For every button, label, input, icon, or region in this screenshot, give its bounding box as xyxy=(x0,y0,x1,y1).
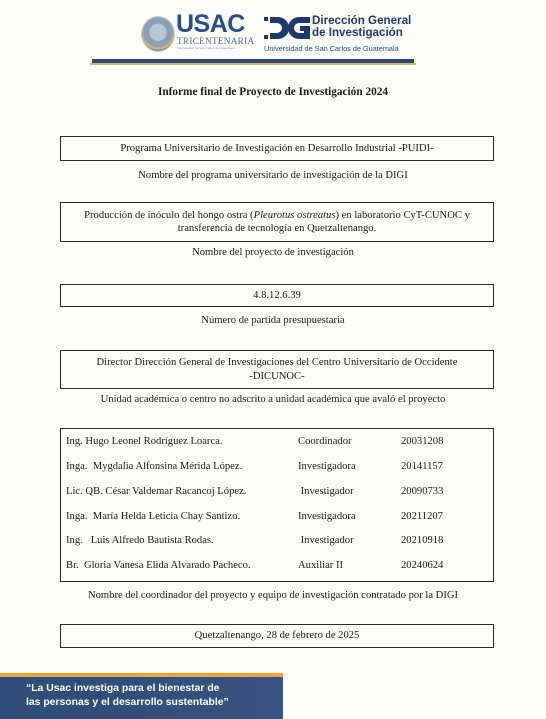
team-member-name: Ing. Hugo Leonel Rodríguez Loarca. xyxy=(66,435,223,449)
team-member-role: Investigadora xyxy=(298,460,356,474)
team-member-code: 20240624 xyxy=(401,559,443,573)
project-value-line2: transferencia de tecnología en Quetzalte… xyxy=(178,222,377,236)
budget-value: 4.8.12.6.39 xyxy=(253,289,301,303)
place-date-field: Quetzaltenango, 28 de febrero de 2025 xyxy=(60,624,494,648)
team-member-code: 20090733 xyxy=(401,485,443,499)
team-member-name: Br. Gloria Vanesa Elida Alvarado Pacheco… xyxy=(66,559,251,573)
team-table: Ing. Hugo Leonel Rodríguez Loarca.Coordi… xyxy=(60,428,494,582)
usac-tagline: Universidad de San Carlos de Guatemala xyxy=(177,47,235,51)
budget-caption: Número de partida presupuestaria xyxy=(0,314,546,327)
document-title: Informe final de Proyecto de Investigaci… xyxy=(0,86,546,98)
team-member-role: Coordinador xyxy=(298,435,352,449)
header-divider-accent xyxy=(90,63,416,65)
team-member-name: Ing. Luis Alfredo Bautista Rodas. xyxy=(66,534,214,548)
unit-value-line2: -DICUNOC- xyxy=(249,370,304,384)
project-value-line1: Producción de inóculo del hongo ostra (P… xyxy=(84,209,470,223)
unit-caption: Unidad académica o centro no adscrito a … xyxy=(0,393,546,406)
digi-title-line1: Dirección General xyxy=(312,15,411,27)
team-member-role: Investigador xyxy=(298,485,354,499)
team-row: Ing. Hugo Leonel Rodríguez Loarca.Coordi… xyxy=(61,435,493,449)
team-row: Inga. María Helda Leticia Chay Santizo.I… xyxy=(61,510,493,524)
team-member-code: 20211207 xyxy=(401,510,443,524)
team-row: Br. Gloria Vanesa Elida Alvarado Pacheco… xyxy=(61,559,493,573)
unit-value-line1: Director Dirección General de Investigac… xyxy=(97,356,458,370)
team-member-code: 20210918 xyxy=(401,534,443,548)
footer-quote-line1: “La Usac investiga para el bienestar de xyxy=(26,682,276,696)
unit-field: Director Dirección General de Investigac… xyxy=(60,350,494,389)
program-value: Programa Universitario de Investigación … xyxy=(120,142,433,156)
team-member-role: Investigadora xyxy=(298,510,356,524)
team-member-role: Investigador xyxy=(298,534,354,548)
team-row: Inga. Mygdalia Alfonsina Mérida López.In… xyxy=(61,460,493,474)
project-caption: Nombre del proyecto de investigación xyxy=(0,246,546,259)
team-member-name: Inga. María Helda Leticia Chay Santizo. xyxy=(66,510,240,524)
team-member-name: Lic. QB. César Valdemar Racancoj López. xyxy=(66,485,246,499)
team-caption: Nombre del coordinador del proyecto y eq… xyxy=(0,589,546,602)
digi-title-line2: de Investigación xyxy=(312,27,403,39)
team-member-code: 20141157 xyxy=(401,460,443,474)
team-row: Lic. QB. César Valdemar Racancoj López. … xyxy=(61,485,493,499)
usac-wordmark: USAC xyxy=(176,12,245,37)
program-caption: Nombre del programa universitario de inv… xyxy=(0,169,546,182)
team-member-code: 20031208 xyxy=(401,435,443,449)
place-date-value: Quetzaltenango, 28 de febrero de 2025 xyxy=(195,629,360,643)
footer-quote-line2: las personas y el desarrollo sustentable… xyxy=(26,696,276,710)
team-member-name: Inga. Mygdalia Alfonsina Mérida López. xyxy=(66,460,242,474)
usac-seal-icon xyxy=(141,16,175,52)
project-field: Producción de inóculo del hongo ostra (P… xyxy=(60,202,494,242)
footer-quote: “La Usac investiga para el bienestar de … xyxy=(26,682,276,710)
team-member-role: Auxiliar II xyxy=(298,559,343,573)
dg-monogram-icon xyxy=(264,17,310,39)
species-name: Pleurotus ostreatus xyxy=(254,210,336,221)
team-row: Ing. Luis Alfredo Bautista Rodas. Invest… xyxy=(61,534,493,548)
digi-subtitle: Universidad de San Carlos de Guatemala xyxy=(264,45,399,52)
usac-subtitle: TRICENTENARIA xyxy=(177,37,254,46)
program-field: Programa Universitario de Investigación … xyxy=(60,136,494,161)
budget-field: 4.8.12.6.39 xyxy=(60,284,494,307)
